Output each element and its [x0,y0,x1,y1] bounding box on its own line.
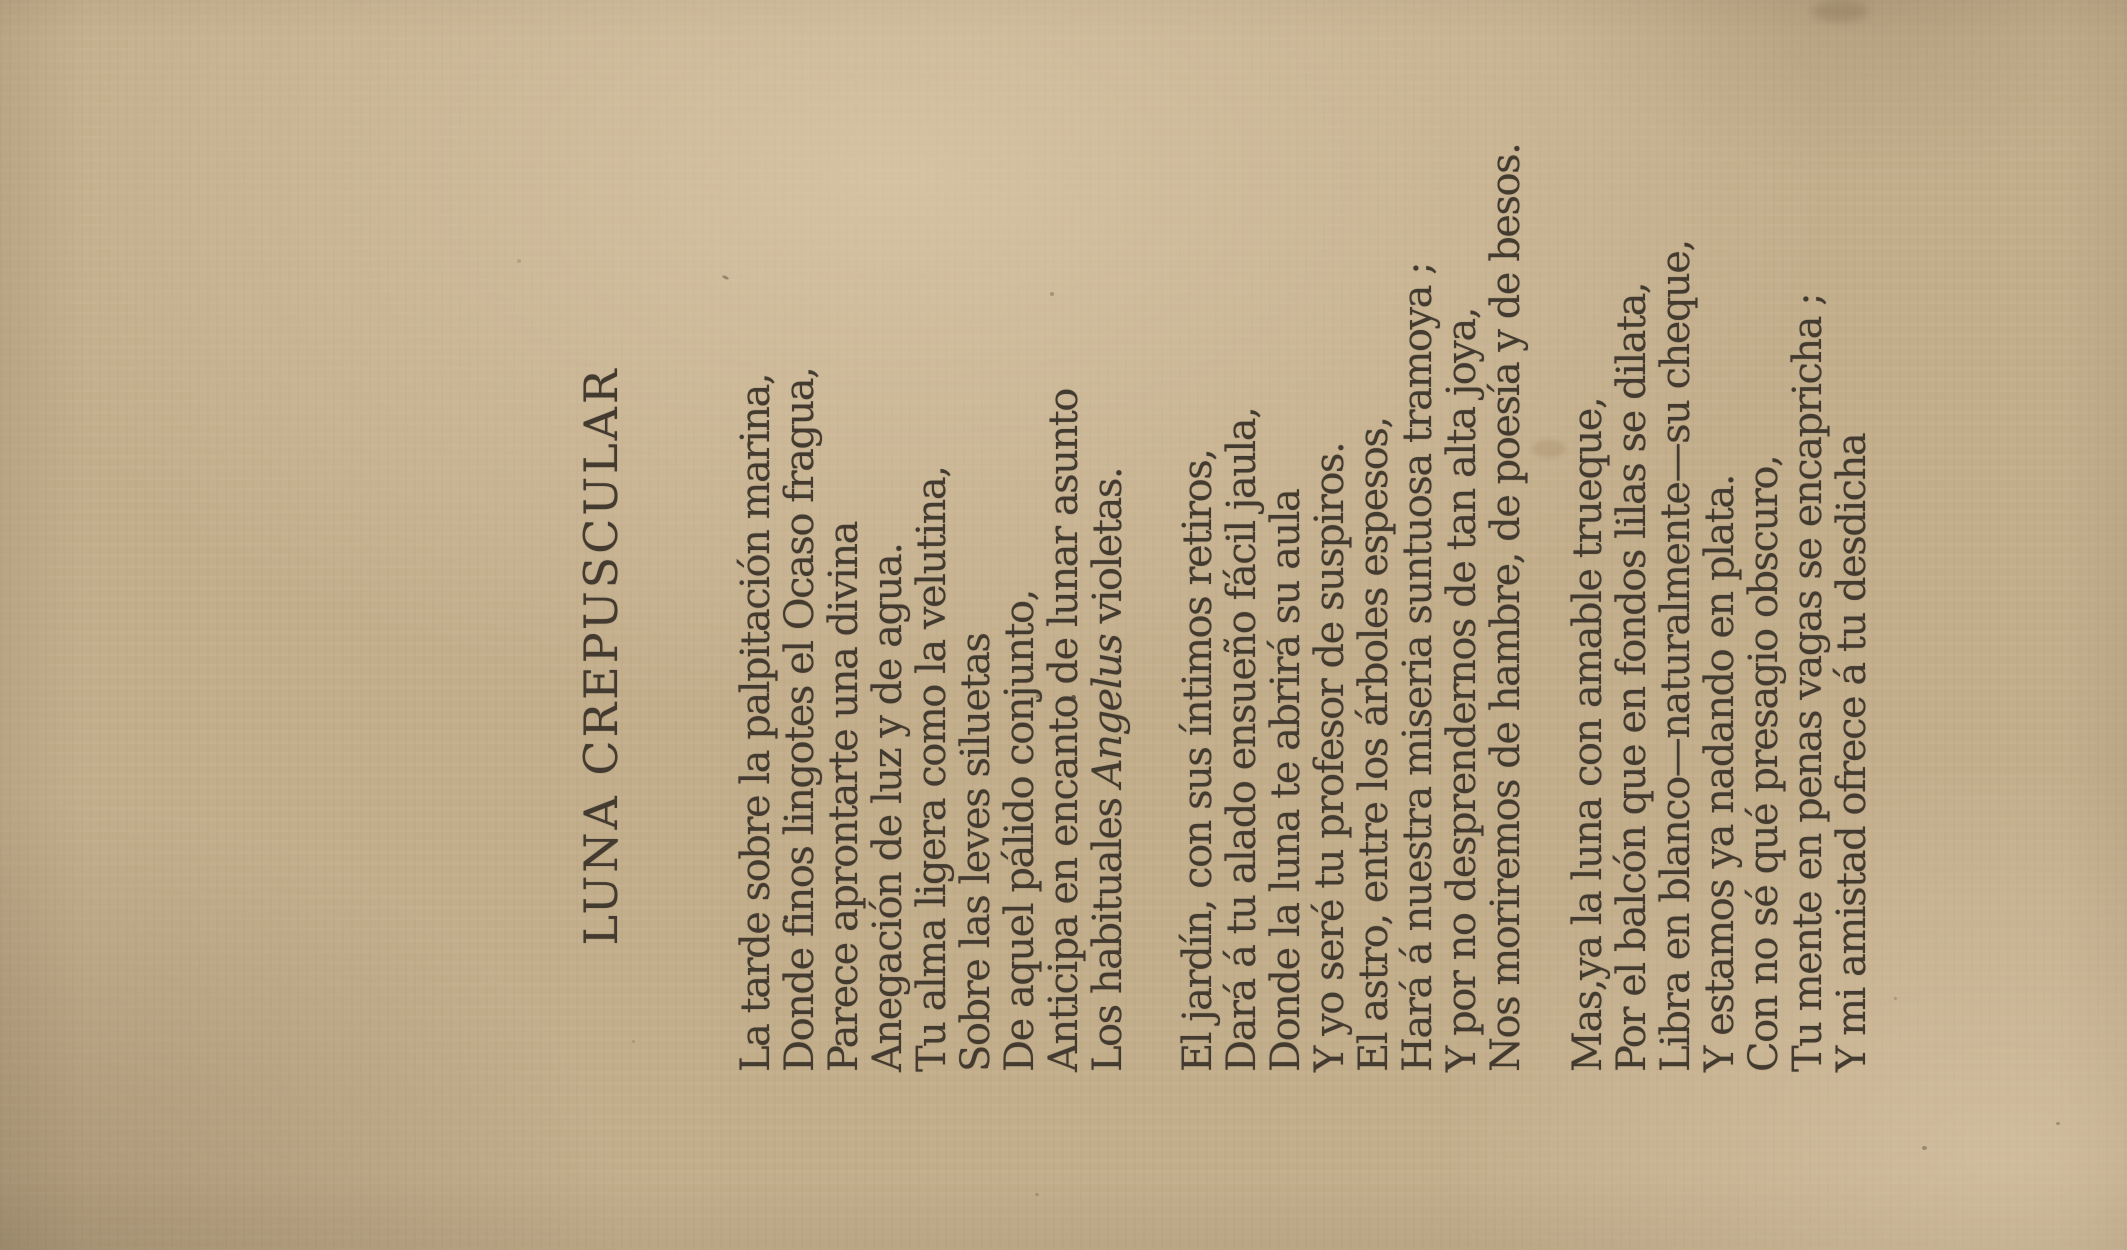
poem-line: Y estamos ya nadando en plata. [1698,144,1742,1072]
stanza: La tarde sobre la palpitación marina,Don… [734,144,1130,1072]
poem-line: Tu alma ligera como la velutina, [910,144,954,1072]
poem-stanzas: La tarde sobre la palpitación marina,Don… [734,144,1874,1072]
poem-line: Dará á tu alado ensueño fácil jaula, [1220,144,1264,1072]
poem-line: Mas,ya la luna con amable trueque, [1566,144,1610,1072]
poem-line: Donde la luna te abrirá su aula [1264,144,1308,1072]
poem-line: Anticipa en encanto de lunar asunto [1042,144,1086,1072]
poem-line: Y yo seré tu profesor de suspiros. [1308,144,1352,1072]
poem-line: La tarde sobre la palpitación marina, [734,144,778,1072]
poem-line: Parece aprontarte una divina [822,144,866,1072]
poem-line: Donde finos lingotes el Ocaso fragua, [778,144,822,1072]
poem-line: Y mi amistad ofrece á tu desdicha [1830,144,1874,1072]
poem-line: Los habituales Angelus violetas. [1086,144,1130,1072]
poem-line: El astro, entre los árboles espesos, [1352,144,1396,1072]
poem-line: De aquel pálido conjunto, [998,144,1042,1072]
stanza: El jardín, con sus íntimos retiros,Dará … [1176,144,1528,1072]
poem-line: Nos moriremos de hambre, de poesía y de … [1484,144,1528,1072]
poem-line: Tu mente en penas vagas se encapricha ; [1786,144,1830,1072]
poem-line: Libra en blanco—naturalmente—su cheque, [1654,144,1698,1072]
poem-line: Por el balcón que en fondos lilas se dil… [1610,144,1654,1072]
poem-line: El jardín, con sus íntimos retiros, [1176,144,1220,1072]
poem-line: Sobre las leves siluetas [954,144,998,1072]
poem-title: LUNA CREPUSCULAR [578,240,624,1072]
poem-line: Hará á nuestra miseria suntuosa tramoya … [1396,144,1440,1072]
poem-line: Y por no desprendernos de tan alta joya, [1440,144,1484,1072]
poem-line: Con no sé qué presagio obscuro, [1742,144,1786,1072]
page-content-rotated: LUNA CREPUSCULAR La tarde sobre la palpi… [0,0,2127,1250]
scanned-book-page: LUNA CREPUSCULAR La tarde sobre la palpi… [0,0,2127,1250]
poem-line: Anegación de luz y de agua. [866,144,910,1072]
stanza: Mas,ya la luna con amable trueque,Por el… [1566,144,1874,1072]
